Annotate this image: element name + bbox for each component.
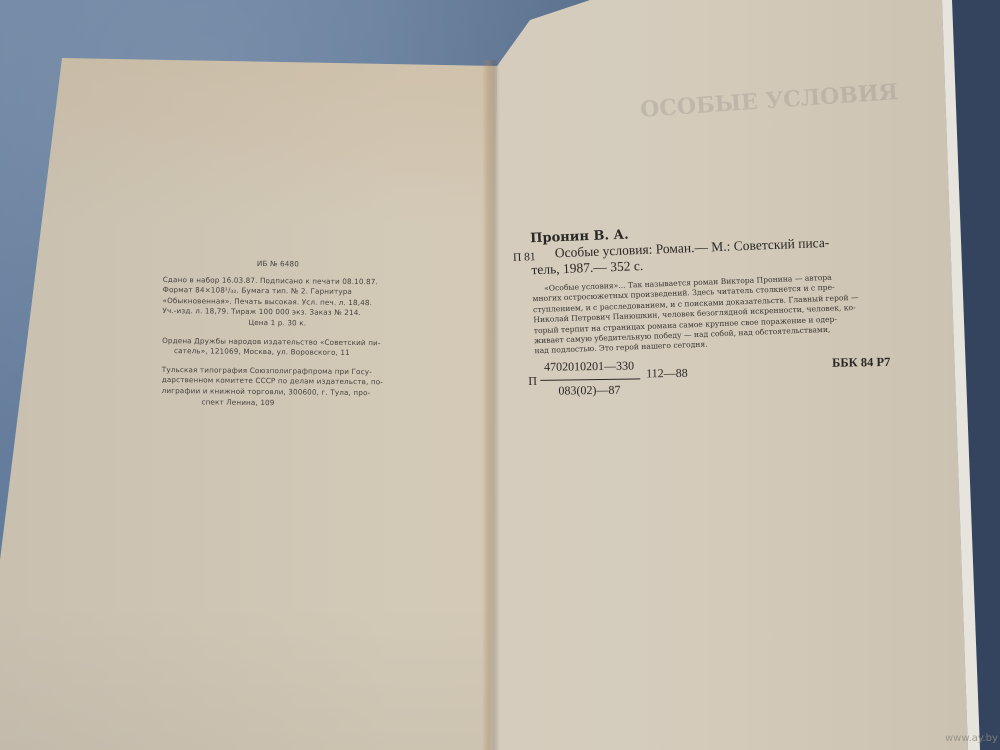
publication-index: П 4702010201—330 083(02)—87 112—88 ББК 8…: [528, 354, 929, 404]
index-prefix: П: [528, 374, 537, 389]
bbk-code: ББК 84 Р7: [832, 355, 890, 371]
book-gutter: [482, 60, 500, 750]
imprint-block: ИБ № 6480 Сдано в набор 16.03.87. Подпис…: [161, 258, 393, 410]
catalog-card: Пронин В. А. П 81 Особые условия: Роман.…: [512, 216, 937, 358]
imprint-number: ИБ № 6480: [163, 258, 393, 271]
index-suffix: 112—88: [646, 366, 688, 382]
index-denominator: 083(02)—87: [558, 383, 620, 399]
watermark: www.ay.by: [945, 733, 998, 744]
book-title-cont: тель, 1987.— 352 с.: [531, 258, 643, 278]
index-numerator: 4702010201—330: [544, 359, 634, 375]
fraction-bar: [540, 378, 640, 380]
